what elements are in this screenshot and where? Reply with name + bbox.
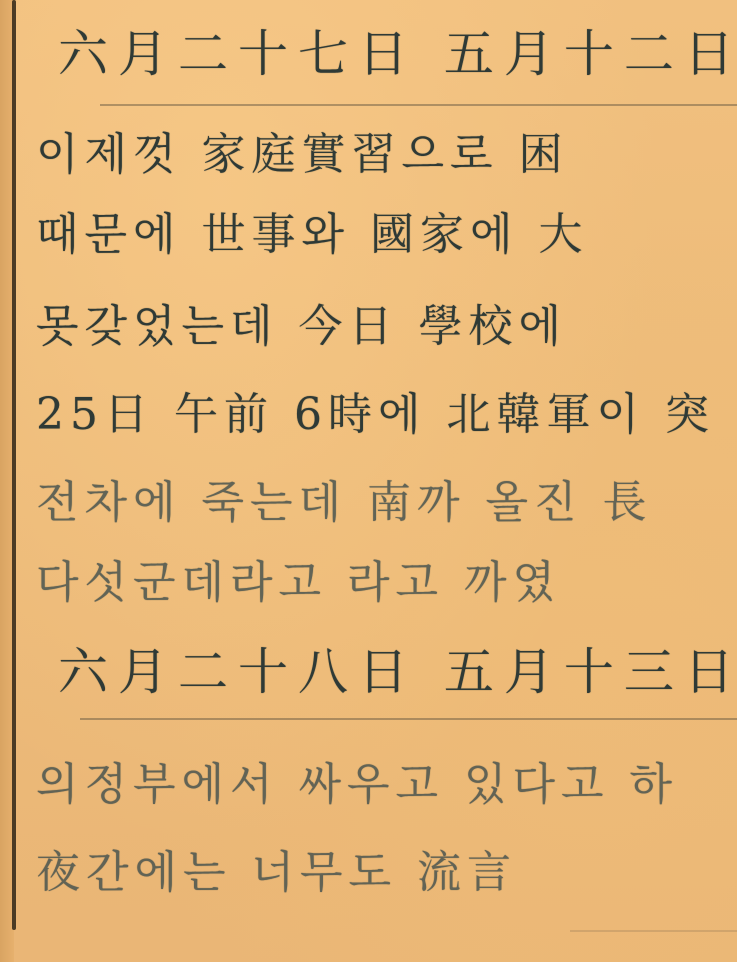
diary-line: 25日 午前 6時에 北韓軍이 突 <box>36 378 715 442</box>
margin-line <box>12 0 16 930</box>
entry-date-heading: 六月二十七日 五月十二日 <box>58 14 737 86</box>
heading-rule <box>80 718 737 720</box>
bottom-rule <box>570 930 737 932</box>
diary-line: 못갖었는데 今日 學校에 <box>36 290 567 354</box>
heading-rule <box>100 104 737 106</box>
diary-line: 때문에 世事와 國家에 大 <box>36 198 588 262</box>
entry-date-heading: 六月二十八日 五月十三日 <box>58 632 737 704</box>
diary-line: 전차에 죽는데 南까 올진 長 <box>36 466 652 530</box>
diary-line: 이제껏 家庭實習으로 困 <box>36 118 569 182</box>
diary-line: 夜간에는 너무도 流言 <box>36 836 517 900</box>
diary-page: 六月二十七日 五月十二日 이제껏 家庭實習으로 困 때문에 世事와 國家에 大 … <box>0 0 737 962</box>
diary-line: 다섯군데라고 라고 까였 <box>36 546 561 610</box>
diary-line: 의정부에서 싸우고 있다고 하 <box>36 748 678 812</box>
